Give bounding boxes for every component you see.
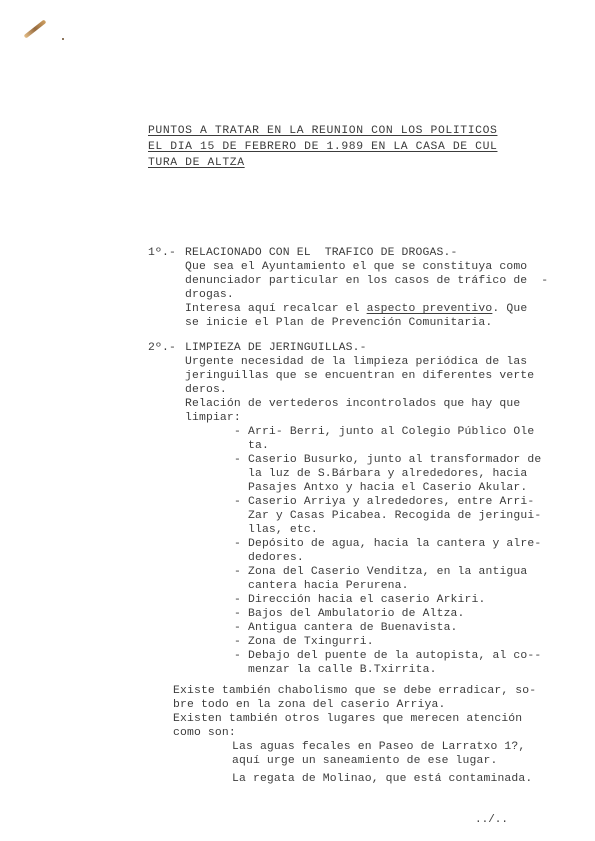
section-2-text: jeringuillas que se encuentran en difere… — [185, 370, 534, 383]
section-1-text: Que sea el Ayuntamiento el que se consti… — [185, 261, 527, 274]
list-item: - Depósito de agua, hacia la cantera y a… — [234, 538, 541, 551]
list-item: dedores. — [234, 552, 304, 565]
place-item: aquí urge un saneamiento de ese lugar. — [232, 755, 497, 768]
list-item: la luz de S.Bárbara y alrededores, hacia — [234, 468, 527, 481]
list-item: cantera hacia Perurena. — [234, 580, 409, 593]
list-item: - Arri- Berri, junto al Colegio Público … — [234, 426, 534, 439]
ink-dot — [62, 38, 64, 40]
section-2-text: Urgente necesidad de la limpieza periódi… — [185, 356, 527, 369]
section-1-number: 1º.- — [148, 247, 176, 260]
closing-text: como son: — [173, 727, 236, 740]
place-item: Las aguas fecales en Paseo de Larratxo 1… — [232, 741, 525, 754]
section-2-text: limpiar: — [185, 412, 241, 425]
section-1-text: denunciador particular en los casos de t… — [185, 275, 548, 288]
emphasis-underlined: aspecto preventivo — [367, 303, 493, 315]
section-1-emphasis-line: Interesa aquí recalcar el aspecto preven… — [185, 303, 527, 316]
list-item: - Antigua cantera de Buenavista. — [234, 622, 458, 635]
section-1-text: se inicie el Plan de Prevención Comunita… — [185, 317, 492, 330]
title-line-1: PUNTOS A TRATAR EN LA REUNION CON LOS PO… — [148, 125, 497, 138]
section-2-text: deros. — [185, 384, 227, 397]
emphasis-prefix: Interesa aquí recalcar el — [185, 303, 367, 315]
closing-text: bre todo en la zona del caserio Arriya. — [173, 699, 445, 712]
list-item: - Bajos del Ambulatorio de Altza. — [234, 608, 465, 621]
section-2-heading: LIMPIEZA DE JERINGUILLAS.- — [185, 342, 367, 355]
list-item: - Dirección hacia el caserio Arkiri. — [234, 594, 485, 607]
section-1-text: drogas. — [185, 289, 234, 302]
closing-text: Existe también chabolismo que se debe er… — [173, 685, 536, 698]
emphasis-suffix: . Que — [492, 303, 527, 315]
section-1-heading: RELACIONADO CON EL TRAFICO DE DROGAS.- — [185, 247, 457, 260]
list-item: - Zona del Caserio Venditza, en la antig… — [234, 566, 527, 579]
list-item: Pasajes Antxo y hacia el Caserio Akular. — [234, 482, 527, 495]
list-item: Zar y Casas Picabea. Recogida de jeringu… — [234, 510, 541, 523]
section-2-text: Relación de vertederos incontrolados que… — [185, 398, 520, 411]
closing-text: Existen también otros lugares que merece… — [173, 713, 522, 726]
title-line-2: EL DIA 15 DE FEBRERO DE 1.989 EN LA CASA… — [148, 141, 497, 154]
place-item: La regata de Molinao, que está contamina… — [232, 773, 532, 786]
list-item: - Zona de Txingurri. — [234, 636, 374, 649]
list-item: ta. — [234, 440, 269, 453]
page-continuation-mark: ../.. — [475, 814, 508, 826]
section-2-number: 2º.- — [148, 342, 176, 355]
list-item: - Caserio Busurko, junto al transformado… — [234, 454, 541, 467]
list-item: menzar la calle B.Txirrita. — [234, 664, 437, 677]
list-item: llas, etc. — [234, 524, 318, 537]
ink-mark — [24, 19, 47, 38]
list-item: - Caserio Arriya y alrededores, entre Ar… — [234, 496, 534, 509]
list-item: - Debajo del puente de la autopista, al … — [234, 650, 541, 663]
title-line-3: TURA DE ALTZA — [148, 157, 245, 170]
document-page: PUNTOS A TRATAR EN LA REUNION CON LOS PO… — [0, 0, 595, 841]
